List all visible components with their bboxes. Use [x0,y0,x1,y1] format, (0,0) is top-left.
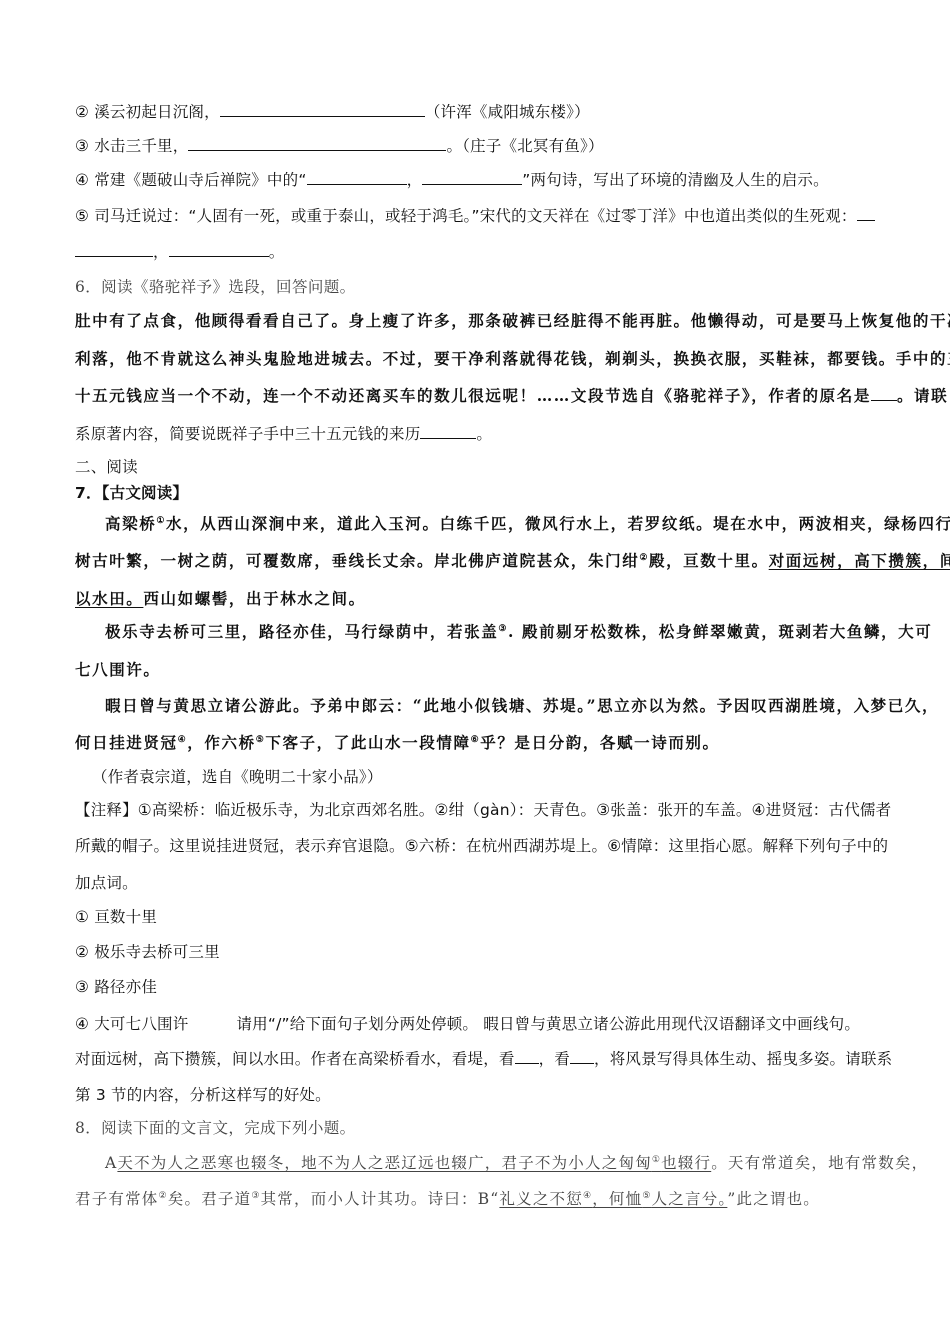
footnote-marker: ④ [178,735,188,745]
answer-blank[interactable] [420,423,476,439]
footnote-marker: ① [156,516,166,526]
q7-notes: 加点词。 [75,872,138,894]
footnote-marker: ⑤ [256,735,266,745]
q8-passage-line2: 君子有常体②矣。君子道③其常，而小人计其功。诗曰：B“礼义之不愆④，何恤⑤人之言… [75,1188,820,1210]
q7-passage-p2: 极乐寺去桥可三里，路径亦佳，马行绿荫中，若张盖③. 殿前剔牙松数株，松身鲜翠嫩黄… [105,621,932,643]
label-a: A [105,1154,117,1172]
q7-passage-p1-line3: 以水田。西山如螺髻，出于林水之间。 [75,588,366,610]
q8-title: 8．阅读下面的文言文，完成下列小题。 [75,1117,356,1139]
underlined-sentence: 礼义之不愆④，何恤⑤人之言兮。 [499,1190,727,1208]
q7-title: 7．【古文阅读】 [75,482,188,504]
footnote-marker: ① [652,1155,661,1165]
q7-sub-item: ① 亘数十里 [75,906,157,928]
underlined-sentence: 以水田。 [75,589,143,608]
q7-sub-item: ③ 路径亦佳 [75,976,157,998]
answer-blank[interactable] [570,1048,594,1064]
q7-notes: 【注释】①高梁桥：临近极乐寺，为北京西郊名胜。②绀（gàn）：天青色。③张盖：张… [75,799,891,821]
underlined-sentence: 对面远树，高下攒簇，间 [769,551,950,570]
q7-question-line: 对面远树，高下攒簇，间以水田。作者在高梁桥看水，看堤，看，看，将风景写得具体生动… [75,1048,892,1070]
q7-question-line: 第 3 节的内容，分析这样写的好处。 [75,1084,331,1106]
footnote-marker: ② [639,553,649,563]
q6-passage-line: 利落，他不肯就这么神头鬼脸地进城去。不过，要干净利落就得花钱，剃剃头，换换衣服，… [75,348,950,370]
q7-sub-item: ② 极乐寺去桥可三里 [75,941,220,963]
q5-item-2: ② 溪云初起日沉阁，（许浑《咸阳城东楼》） [75,101,590,123]
footnote-marker: ⑤ [642,1191,651,1201]
answer-blank[interactable] [515,1048,539,1064]
q5-item-5-cont: ，。 [75,241,284,263]
q6-passage-line: 十五元钱应当一个不动，连一个不动还离买车的数儿很远呢！……文段节选自《骆驼祥子》… [75,385,948,407]
underlined-sentence: 天不为人之恶寒也辍冬，地不为人之恶辽远也辍广，君子不为小人之匈匈①也辍行 [117,1154,711,1172]
q7-passage-p1: 高梁桥①水，从西山深涧中来，道此入玉河。白练千匹，微风行水上，若罗纹纸。堤在水中… [105,513,950,535]
q6-title: 6．阅读《骆驼祥予》选段，回答问题。 [75,276,356,298]
q6-passage-line: 肚中有了点食，他顾得看看自己了。身上瘦了许多，那条破裤已经脏得不能再脏。他懒得动… [75,310,950,332]
q5-item-5: ⑤ 司马迁说过：“人固有一死，或重于泰山，或轻于鸿毛。”宋代的文天祥在《过零丁洋… [75,205,875,227]
q7-passage-p3-line2: 何日挂进贤冠④，作六桥⑤下客子，了此山水一段情障⑥乎？是日分韵，各赋一诗而别。 [75,732,720,754]
answer-blank[interactable] [871,385,897,401]
section-heading: 二、阅读 [75,456,138,478]
footnote-marker: ④ [583,1191,592,1201]
q7-passage-p3: 暇日曾与黄思立诸公游此。予弟中郎云：“此地小似钱塘、苏堤。”思立亦以为然。予因叹… [105,695,939,717]
footnote-marker: ③ [251,1191,260,1201]
q7-notes: 所戴的帽子。这里说挂进贤冠，表示弃官退隐。⑤六桥：在杭州西湖苏堤上。⑥情障：这里… [75,835,888,857]
q7-sub-item: ④ 大可七八围许请用“/”给下面句子划分两处停顿。 暇日曾与黄思立诸公游此用现代… [75,1013,860,1035]
answer-blank[interactable] [188,135,446,151]
answer-blank[interactable] [75,241,153,257]
q7-source: （作者袁宗道，选自《晚明二十家小品》） [92,766,383,788]
q7-passage-p2-line2: 七八围许。 [75,659,161,681]
q7-passage-p1-line2: 树古叶繁，一树之荫，可覆数席，垂线长丈余。岸北佛庐道院甚众，朱门绀②殿，亘数十里… [75,550,950,572]
q6-question-line: 系原著内容，简要说既祥子手中三十五元钱的来历。 [75,423,492,445]
q5-item-4: ④ 常建《题破山寺后禅院》中的“，”两句诗，写出了环境的清幽及人生的启示。 [75,169,829,191]
q8-passage-line1: A天不为人之恶寒也辍冬，地不为人之恶辽远也辍广，君子不为小人之匈匈①也辍行。天有… [105,1152,928,1174]
answer-blank[interactable] [169,241,269,257]
q5-item-3: ③ 水击三千里，。（庄子《北冥有鱼》） [75,135,604,157]
answer-blank[interactable] [422,169,522,185]
answer-blank[interactable] [307,169,407,185]
answer-blank[interactable] [857,205,875,221]
footnote-marker: ② [159,1191,168,1201]
answer-blank[interactable] [220,101,425,117]
footnote-marker: ③ [498,624,508,634]
footnote-marker: ⑥ [471,735,481,745]
